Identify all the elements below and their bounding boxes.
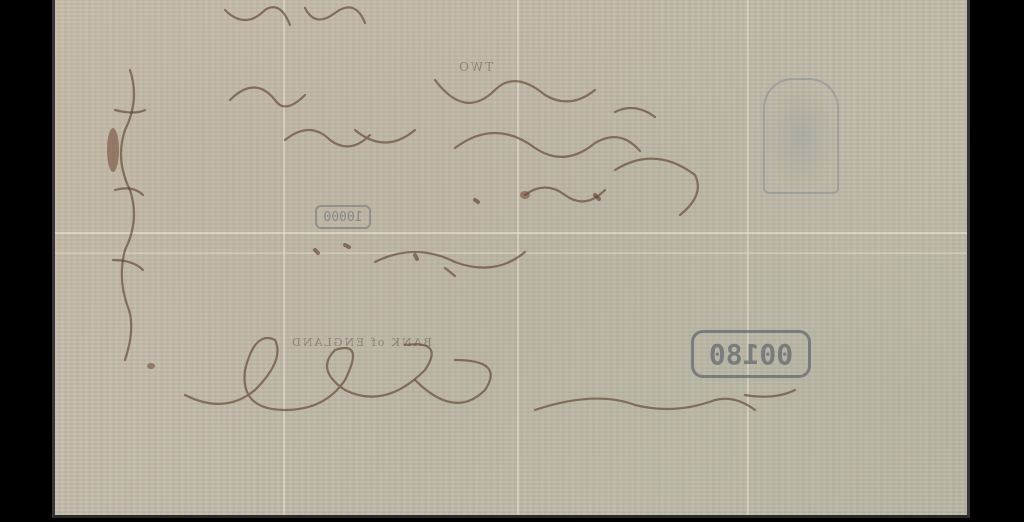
banknote-paper: TWO BANK of ENGLAND 00180 10000 (52, 0, 970, 518)
handwriting-ink-strokes (55, 0, 973, 518)
